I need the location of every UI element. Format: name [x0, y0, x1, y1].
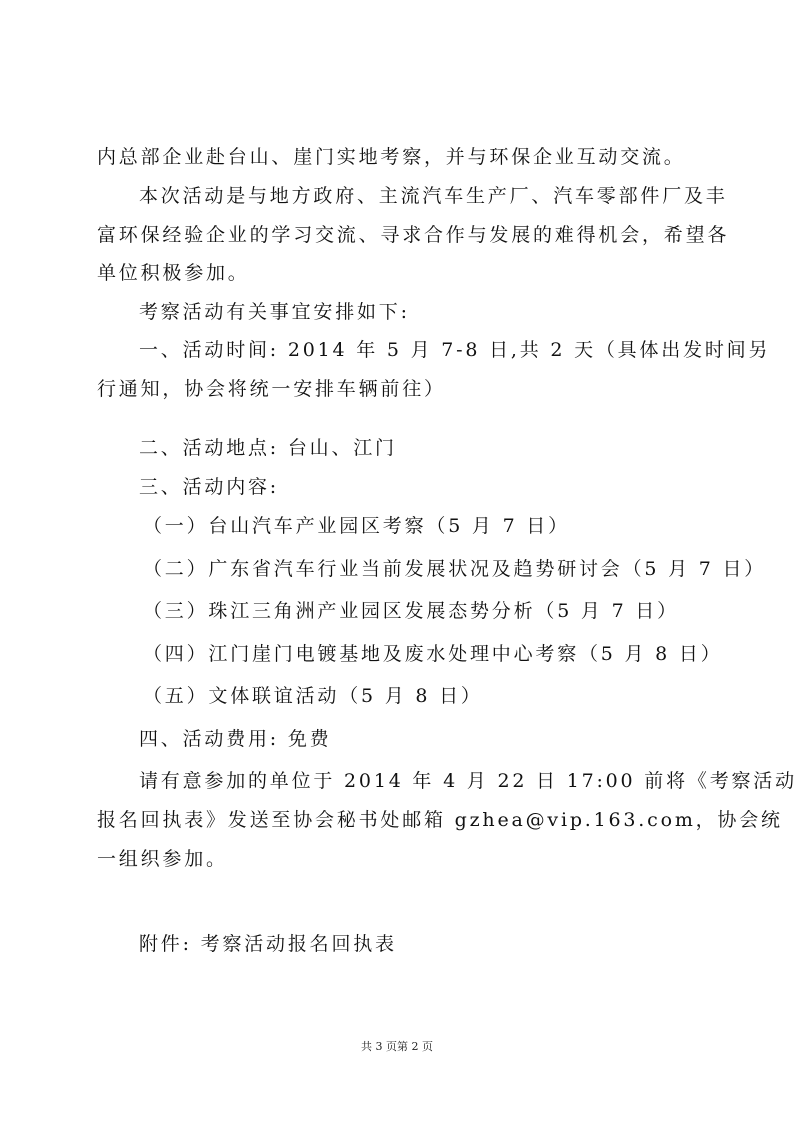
registration-line: 请有意参加的单位于 2014 年 4 月 22 日 17:00 前将《考察活动 [139, 769, 794, 793]
page-footer: 共 3 页第 2 页 [0, 1040, 794, 1054]
content-item-5: （五）文体联谊活动（5 月 8 日） [143, 684, 483, 708]
attachment-line: 附件: 考察活动报名回执表 [139, 932, 397, 956]
paragraph-line: 富环保经验企业的学习交流、寻求合作与发展的难得机会，希望各 [97, 223, 729, 247]
paragraph-line: 本次活动是与地方政府、主流汽车生产厂、汽车零部件厂及丰 [139, 184, 728, 208]
content-item-3: （三）珠江三角洲产业园区发展态势分析（5 月 7 日） [143, 599, 679, 623]
activity-fee-line: 四、活动费用: 免费 [139, 727, 331, 751]
content-item-1: （一）台山汽车产业园区考察（5 月 7 日） [143, 514, 570, 538]
registration-line: 报名回执表》发送至协会秘书处邮箱 gzhea@vip.163.com，协会统 [97, 808, 783, 832]
paragraph-line: 考察活动有关事宜安排如下: [139, 300, 410, 324]
paragraph-line: 内总部企业赴台山、崖门实地考察，并与环保企业互动交流。 [97, 145, 686, 169]
paragraph-line: 单位积极参加。 [97, 261, 250, 285]
activity-location-line: 二、活动地点: 台山、江门 [139, 436, 397, 460]
content-item-4: （四）江门崖门电镀基地及废水处理中心考察（5 月 8 日） [143, 642, 723, 666]
content-item-2: （二）广东省汽车行业当前发展状况及趋势研讨会（5 月 7 日） [143, 557, 766, 581]
paragraph-line: 行通知，协会将统一安排车辆前往） [97, 377, 446, 401]
activity-content-heading: 三、活动内容: [139, 475, 279, 499]
paragraph-line: 一组织参加。 [97, 847, 228, 871]
activity-time-line: 一、活动时间: 2014 年 5 月 7-8 日,共 2 天（具体出发时间另 [139, 338, 770, 362]
document-page: 内总部企业赴台山、崖门实地考察，并与环保企业互动交流。 本次活动是与地方政府、主… [0, 0, 794, 1123]
